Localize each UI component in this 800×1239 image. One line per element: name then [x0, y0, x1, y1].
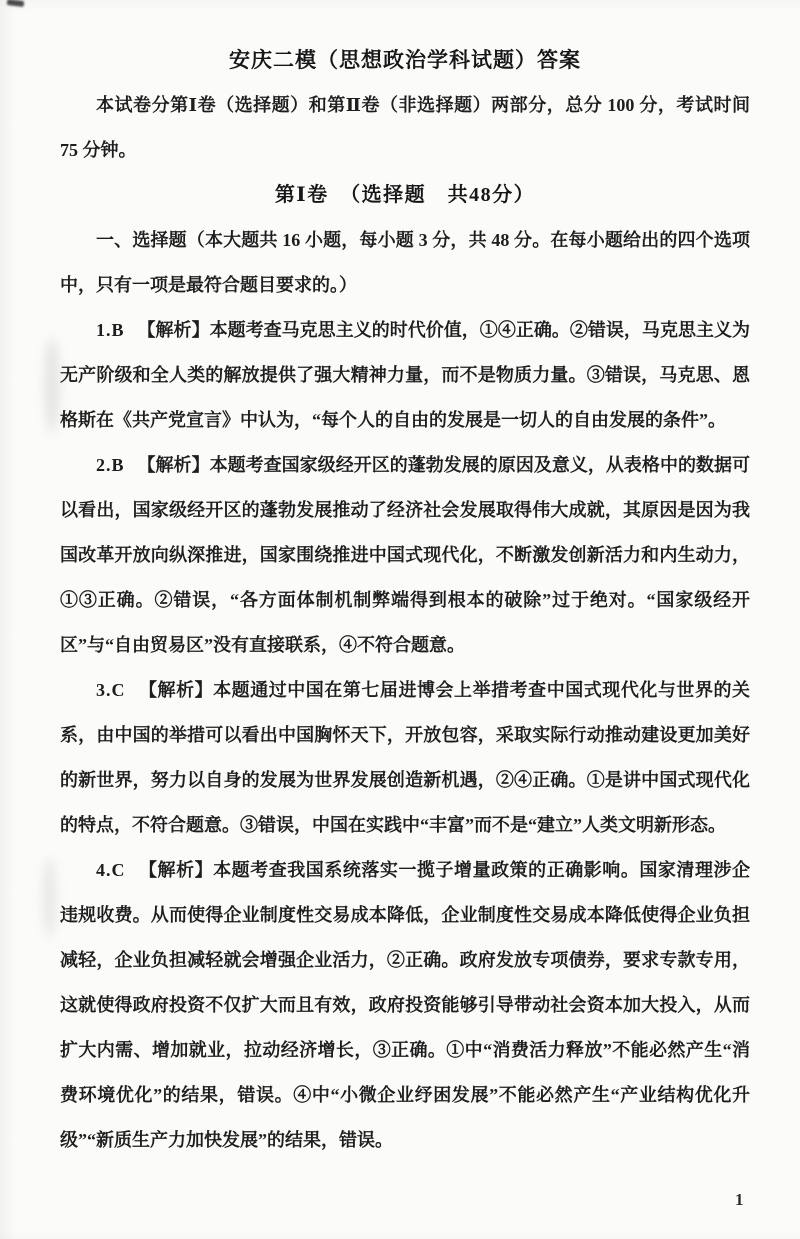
- answer-item: 2.B【解析】本题考查国家级经开区的蓬勃发展的原因及意义，从表格中的数据可以看出…: [60, 443, 750, 668]
- analysis-label: 【解析】: [139, 680, 214, 700]
- answer-number: 1.B: [96, 320, 138, 340]
- section1-heading: 第Ⅰ卷 （选择题 共48分）: [60, 173, 750, 218]
- answer-number: 3.C: [96, 680, 139, 700]
- answer-number: 2.B: [96, 455, 138, 475]
- scan-artifact-corner: [7, 0, 25, 7]
- answer-number: 4.C: [96, 860, 139, 880]
- analysis-label: 【解析】: [138, 455, 210, 475]
- page-number: 1: [735, 1190, 744, 1210]
- exam-intro: 本试卷分第Ⅰ卷（选择题）和第Ⅱ卷（非选择题）两部分，总分 100 分，考试时间 …: [60, 83, 750, 173]
- answer-item: 3.C【解析】本题通过中国在第七届进博会上举措考查中国式现代化与世界的关系，由中…: [60, 668, 750, 848]
- section1-instructions: 一、选择题（本大题共 16 小题，每小题 3 分，共 48 分。在每小题给出的四…: [60, 218, 750, 308]
- analysis-label: 【解析】: [138, 320, 210, 340]
- scan-artifact-smudge: [44, 338, 60, 433]
- document-page: 安庆二模（思想政治学科试题）答案 本试卷分第Ⅰ卷（选择题）和第Ⅱ卷（非选择题）两…: [0, 0, 800, 1239]
- answer-list: 1.B【解析】本题考查马克思主义的时代价值，①④正确。②错误，马克思主义为无产阶…: [60, 308, 750, 1163]
- document-title: 安庆二模（思想政治学科试题）答案: [60, 38, 750, 83]
- answer-text: 本题考查国家级经开区的蓬勃发展的原因及意义，从表格中的数据可以看出，国家级经开区…: [60, 455, 750, 655]
- analysis-label: 【解析】: [139, 860, 214, 880]
- answer-item: 1.B【解析】本题考查马克思主义的时代价值，①④正确。②错误，马克思主义为无产阶…: [60, 308, 750, 443]
- answer-text: 本题考查我国系统落实一揽子增量政策的正确影响。国家清理涉企违规收费。从而使得企业…: [60, 860, 750, 1150]
- answer-text: 本题通过中国在第七届进博会上举措考查中国式现代化与世界的关系，由中国的举措可以看…: [60, 680, 750, 835]
- answer-item: 4.C【解析】本题考查我国系统落实一揽子增量政策的正确影响。国家清理涉企违规收费…: [60, 848, 750, 1163]
- scan-artifact-smudge: [42, 858, 57, 938]
